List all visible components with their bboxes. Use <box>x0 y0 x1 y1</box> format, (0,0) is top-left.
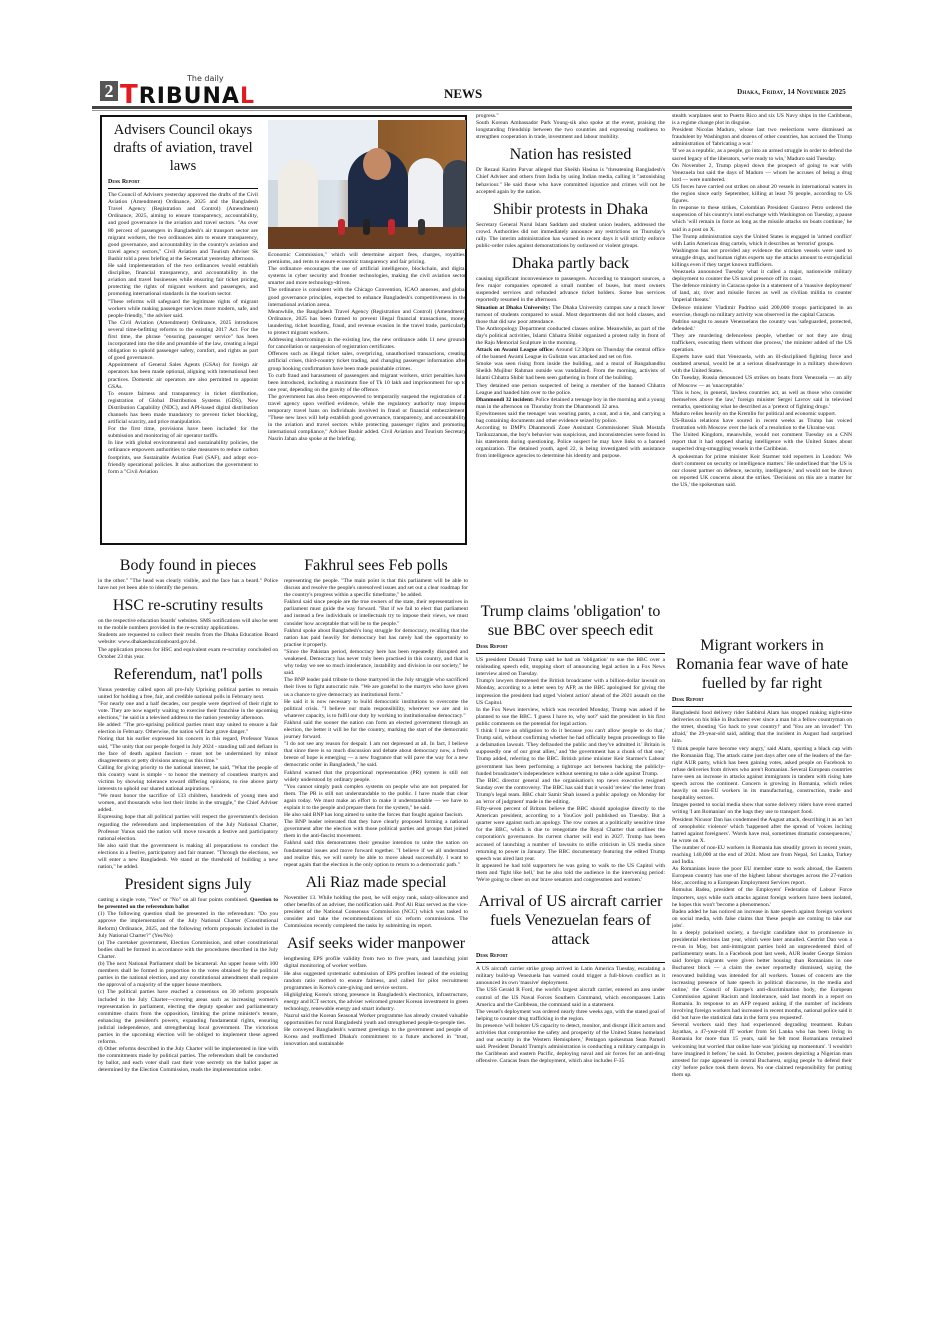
paragraph: Several workers said they had experience… <box>672 1022 852 1079</box>
continued-text: progress."South Korean Ambassador Park Y… <box>476 113 665 141</box>
lead-body-1: The Council of Advisers yesterday approv… <box>108 192 258 476</box>
paragraph: The government has also been empowered t… <box>268 394 466 444</box>
paragraph: To curb fraud and harassment of passenge… <box>268 373 466 394</box>
paragraph: Calling for giving priority to the natio… <box>98 765 278 793</box>
paragraph: He also said that the government is maki… <box>98 843 278 871</box>
paragraph: 'They are murdering defenceless people, … <box>672 333 852 354</box>
referendum-body: Yunus yesterday called upon all pro-July… <box>98 687 278 871</box>
paragraph: The ordinance is consistent with the Chi… <box>268 287 466 308</box>
paragraph: In response to these strikes, Colombian … <box>672 205 852 233</box>
lead-headline: Advisers Council okays drafts of aviatio… <box>108 121 258 175</box>
paragraph: Trump's lawyers threatened the British b… <box>476 678 665 706</box>
paragraph: Fakhrul warned that the proportional rep… <box>284 770 468 784</box>
paragraph: (c) The political parties have reached a… <box>98 989 278 1046</box>
referendum-headline: Referendum, nat'l polls <box>98 665 278 684</box>
paragraph: progress." <box>476 113 665 120</box>
paragraph: causing significant inconvenience to pas… <box>476 276 665 304</box>
dhaka-body: causing significant inconvenience to pas… <box>476 276 665 460</box>
paragraph: He added: "The pro-uprising political pa… <box>98 722 278 736</box>
paragraph: The ordinance encourages the use of arti… <box>268 266 466 287</box>
hsc-headline: HSC re-scrutiny results <box>98 596 278 615</box>
body-found-body: in the other." "The head was clearly vis… <box>98 578 278 592</box>
paragraph: Offences such as illegal ticket sales, o… <box>268 351 466 372</box>
dateline: Dhaka, Friday, 14 November 2025 <box>737 88 846 96</box>
paragraph: (1) The following question shall be pres… <box>98 911 278 939</box>
paragraph: 'If we as a republic, as a people, go in… <box>672 148 852 162</box>
migrant-byline: Desk Report <box>672 697 852 707</box>
paragraph: On November 2, Trump played down the pro… <box>672 163 852 184</box>
col3-lower: Trump claims 'obligation' to sue BBC ove… <box>476 598 665 1308</box>
paragraph: Appointment of General Sales Agents (GSA… <box>108 362 258 390</box>
paragraph: "For nearly one and a half decades, our … <box>98 701 278 722</box>
migrant-headline: Migrant workers in Romania fear wave of … <box>672 636 852 693</box>
paragraph: US president Donald Trump said he had an… <box>476 657 665 678</box>
paragraph: Attack on Awami League office: Around 12… <box>476 347 665 361</box>
paragraph: Eyewitnesses said the teenager was weari… <box>476 411 665 425</box>
paragraph: For the first time, provisions have been… <box>108 426 258 440</box>
masthead: 2 The daily TRIBUNAL NEWS Dhaka, Friday,… <box>92 72 852 106</box>
paragraph: "Since the Pakistan period, democracy he… <box>284 649 468 677</box>
paragraph: (b) The next National Parliament shall b… <box>98 961 278 989</box>
paragraph: He said implementation of the two ordina… <box>108 263 258 298</box>
paragraph: lengthening EPS profile validity from tw… <box>284 956 468 970</box>
paragraph: Washington has not provided any evidence… <box>672 248 852 269</box>
fakhrul-headline: Fakhrul sees Feb polls <box>284 556 468 575</box>
shibir-body: Secretary General Nurul Islam Saddam and… <box>476 222 665 250</box>
paragraph: The vessel's deployment was ordered near… <box>476 1009 665 1023</box>
paragraph: 'I think people have become very angry,'… <box>672 746 852 803</box>
paragraph: The United Kingdom, meanwhile, would not… <box>672 432 852 453</box>
paragraph: Situation at Dhaka University: The Dhaka… <box>476 305 665 326</box>
paragraph: Experts have said that Venezuela, with a… <box>672 354 852 375</box>
paragraph: Expressing hope that all political parti… <box>98 814 278 842</box>
paragraph: The application process for HSC and equi… <box>98 647 278 661</box>
paragraph: Badea added he has noticed an increase i… <box>672 909 852 930</box>
paragraph: Its presence 'will bolster US capacity t… <box>476 1023 665 1066</box>
paragraph: Venezuela announced Tuesday what it call… <box>672 269 852 283</box>
paragraph: Defence minister Vladimir Padrino said 2… <box>672 305 852 319</box>
trump-bbc-body: US president Donald Trump said he had an… <box>476 657 665 884</box>
paragraph: Fifty-seven percent of Britons believe t… <box>476 806 665 863</box>
paragraph: President Nicolas Maduro, whose last two… <box>672 127 852 148</box>
paragraph: Fakhrul said since people are the true o… <box>284 599 468 627</box>
migrant-body: Bangladeshi food delivery rider Sabbirul… <box>672 710 852 1079</box>
paragraph: It appeared he had told supporters he wa… <box>476 863 665 884</box>
paragraph: The USS Gerald R Ford, the world's large… <box>476 987 665 1008</box>
paragraph: casting a single vote, "Yes" or "No" on … <box>98 897 278 911</box>
paragraph: He conveyed Bangladesh's warmest greetin… <box>284 1027 468 1048</box>
paragraph: Economic Commission," which will determi… <box>268 252 466 266</box>
us-carrier-byline: Desk Report <box>476 953 665 963</box>
us-carrier-headline: Arrival of US aircraft carrier fuels Ven… <box>476 892 665 949</box>
paragraph: The number of non-EU workers in Romania … <box>672 845 852 866</box>
paragraph: The BNP leader paid tribute to those mar… <box>284 677 468 698</box>
paragraph: President Nicusor Dan has condemned the … <box>672 817 852 845</box>
paragraph: "I do not see any reason for despair. I … <box>284 741 468 769</box>
paragraph: As Romanians leave the poor EU member st… <box>672 866 852 887</box>
paragraph: Fakhrul spoke about Bangladesh's long st… <box>284 628 468 649</box>
trump-bbc-byline: Desk Report <box>476 644 665 654</box>
ali-riaz-headline: Ali Riaz made special <box>284 873 468 892</box>
paragraph: The BBC director general and the organis… <box>476 778 665 806</box>
paragraph: Fakhrul said the sooner the nation can f… <box>284 720 468 741</box>
asif-body: lengthening EPS profile validity from tw… <box>284 956 468 1048</box>
paragraph: Romulus Badea, president of the Employer… <box>672 887 852 908</box>
paragraph: In line with global environmental and su… <box>108 440 258 475</box>
paragraph: on the respective education boards' webs… <box>98 618 278 632</box>
paragraph: He said it is now necessary to build dem… <box>284 699 468 720</box>
shibir-headline: Shibir protests in Dhaka <box>476 200 665 219</box>
paragraph: "We must honor the sacrifice of 133 chil… <box>98 793 278 814</box>
body-found-headline: Body found in pieces <box>98 556 278 575</box>
lead-body-2: Economic Commission," which will determi… <box>268 252 466 444</box>
col1-lower: Body found in pieces in the other." "The… <box>98 552 278 1322</box>
press-briefing-photo <box>268 120 466 249</box>
paragraph: The Anthropology Department conducted cl… <box>476 326 665 347</box>
fakhrul-body: representing the people. "The main point… <box>284 578 468 869</box>
paragraph: 'I think I have an obligation to do it b… <box>476 728 665 778</box>
paragraph: South Korean Ambassador Park Young-sik a… <box>476 120 665 141</box>
masthead-rule-thin <box>92 110 852 111</box>
paragraph: He also suggested systematic submission … <box>284 971 468 992</box>
paragraph: Padrino sought to assure Venezuelans the… <box>672 319 852 333</box>
paragraph: In the Fox News interview, which was rec… <box>476 707 665 728</box>
col2-lower: Fakhrul sees Feb polls representing the … <box>284 552 468 1272</box>
paragraph: On Tuesday, Russia denounced US strikes … <box>672 375 852 389</box>
asif-headline: Asif seeks wider manpower <box>284 934 468 953</box>
paragraph: Highlighting Korea's strong presence in … <box>284 992 468 1013</box>
nation-body: Dr Rezaul Karim Parvar alleged that Shei… <box>476 167 665 195</box>
paragraph: The Trump administration says the United… <box>672 234 852 248</box>
paragraph: Fakhrul said this demonstrates their gen… <box>284 840 468 868</box>
us-carrier-body: A US aircraft carrier strike group arriv… <box>476 966 665 1065</box>
lead-story: Advisers Council okays drafts of aviatio… <box>100 115 467 545</box>
paragraph: Yunus yesterday called upon all pro-July… <box>98 687 278 701</box>
paragraph: The defence ministry in Caracas spoke in… <box>672 283 852 304</box>
masthead-rule <box>92 106 852 109</box>
col3-top: progress."South Korean Ambassador Park Y… <box>476 113 665 598</box>
paragraph: (a) The caretaker government, Election C… <box>98 940 278 961</box>
paragraph: stealth warplanes sent to Puerto Rico an… <box>672 113 852 127</box>
paragraph: representing the people. "The main point… <box>284 578 468 599</box>
paragraph: Noting that his earlier expressed his co… <box>98 736 278 764</box>
paragraph: d) Other reforms described in the July C… <box>98 1046 278 1074</box>
paragraph: The Council of Advisers yesterday approv… <box>108 192 258 263</box>
paragraph: Nazrul said the Korean Seasonal Worker p… <box>284 1013 468 1027</box>
paragraph: Images posted to social media show that … <box>672 802 852 816</box>
lead-col-1: Advisers Council okays drafts of aviatio… <box>108 117 258 542</box>
paragraph: Meanwhile, the Bangladesh Travel Agency … <box>268 309 466 337</box>
paragraph: The Civil Aviation (Amendment) Ordinance… <box>108 320 258 363</box>
page-number: 2 <box>100 81 118 101</box>
venezuela-continued: stealth warplanes sent to Puerto Rico an… <box>672 113 852 489</box>
paragraph: "These reforms will safeguard the legiti… <box>108 299 258 320</box>
paragraph: US forces have carried out strikes on ab… <box>672 184 852 205</box>
president-headline: President signs July <box>98 875 278 894</box>
paragraph: 'This is how, in general, lawless countr… <box>672 390 852 411</box>
dhaka-headline: Dhaka partly back <box>476 254 665 273</box>
paragraph: Students are requested to collect their … <box>98 632 278 646</box>
col4-top: stealth warplanes sent to Puerto Rico an… <box>672 113 852 628</box>
paragraph: Addressing shortcomings in the existing … <box>268 337 466 351</box>
lead-byline: Desk Report <box>108 179 258 189</box>
paragraph: To ensure fairness and transparency in t… <box>108 391 258 426</box>
paragraph: "You cannot simply push complex systems … <box>284 784 468 812</box>
ali-riaz-body: November 13. While holding the post, he … <box>284 895 468 930</box>
paragraph: Maduro relies heavily on the Kremlin for… <box>672 411 852 418</box>
newspaper-page: 2 The daily TRIBUNAL NEWS Dhaka, Friday,… <box>92 72 852 106</box>
paragraph: Bangladeshi food delivery rider Sabbirul… <box>672 710 852 745</box>
paragraph: A US aircraft carrier strike group arriv… <box>476 966 665 987</box>
paragraph: Dhanmondi 32 incident: Police detained a… <box>476 397 665 411</box>
section-title: NEWS <box>444 86 482 102</box>
paragraph: They detained one person suspected of be… <box>476 383 665 397</box>
paragraph: The BNP leader reiterated that they have… <box>284 819 468 840</box>
paragraph: According to DMP's Dhanmondi Zone Assist… <box>476 425 665 460</box>
hsc-body: on the respective education boards' webs… <box>98 618 278 661</box>
paragraph: Smoke was seen rising from inside the bu… <box>476 361 665 382</box>
trump-bbc-headline: Trump claims 'obligation' to sue BBC ove… <box>476 602 665 640</box>
paragraph: US-Russia relations have soured in recen… <box>672 418 852 432</box>
paragraph: A spokesman for prime minister Keir Star… <box>672 454 852 489</box>
lead-col-2: Economic Commission," which will determi… <box>268 252 466 542</box>
nation-headline: Nation has resisted <box>476 145 665 164</box>
col4-lower: Migrant workers in Romania fear wave of … <box>672 632 852 1252</box>
paragraph: In a deeply polarised society, a far-rig… <box>672 930 852 1022</box>
president-body: casting a single vote, "Yes" or "No" on … <box>98 897 278 1074</box>
